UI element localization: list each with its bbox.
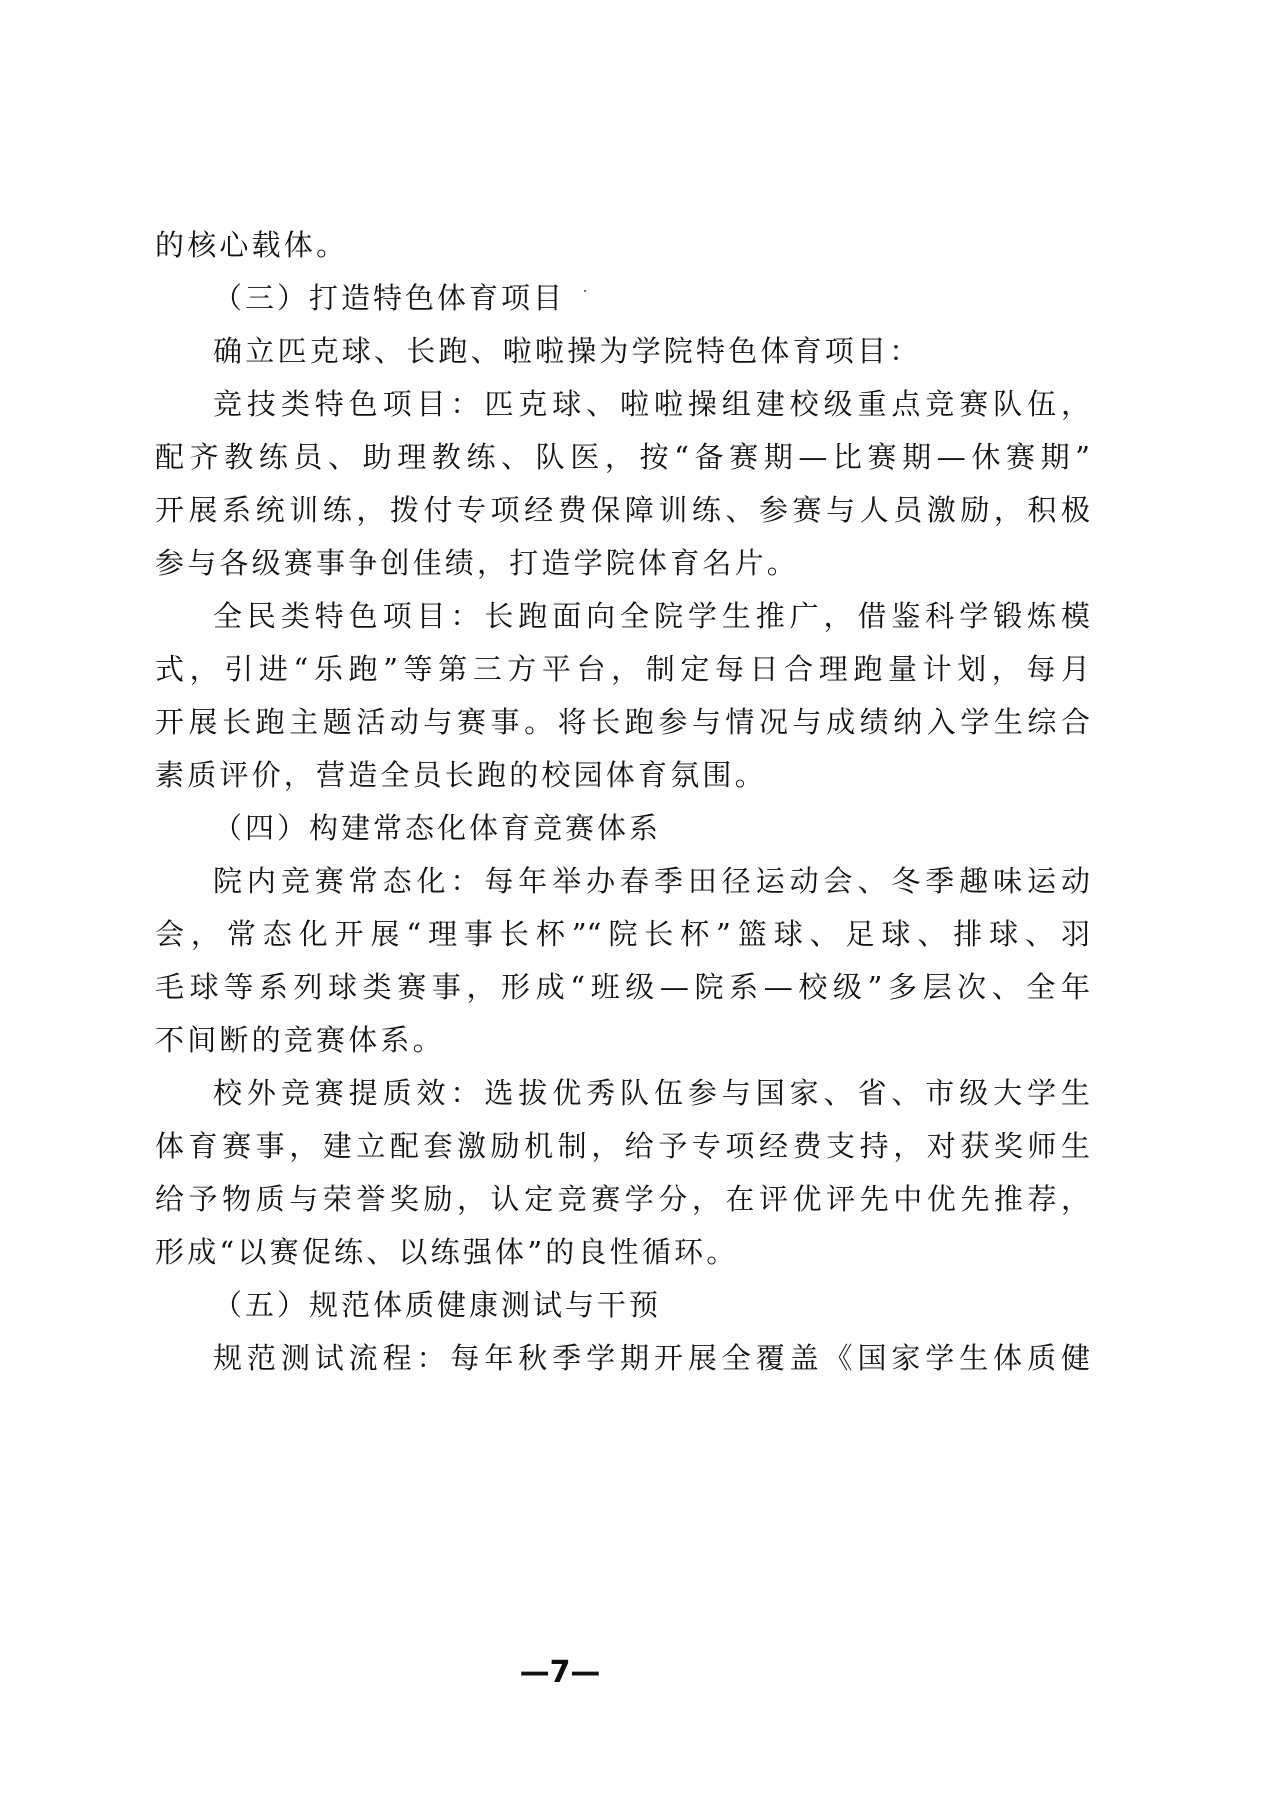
paragraph-line: 竞技类特色项目：匹克球、啦啦操组建校级重点竞赛队伍， bbox=[213, 386, 1090, 422]
paragraph-line: 规范测试流程：每年秋季学期开展全覆盖《国家学生体质健 bbox=[213, 1340, 1090, 1376]
paragraph-line: 会，常态化开展“理事长杯”“院长杯”篮球、足球、排球、羽 bbox=[155, 916, 1090, 952]
paragraph-line: 开展系统训练，拨付专项经费保障训练、参赛与人员激励，积极 bbox=[155, 492, 1090, 528]
page-number: —7— bbox=[0, 1655, 1120, 1691]
section-heading-4: （四）构建常态化体育竞赛体系 bbox=[213, 810, 1148, 846]
document-page: 的核心载体。 （三）打造特色体育项目 确立匹克球、长跑、啦啦操为学院特色体育项目… bbox=[0, 0, 1280, 1811]
paragraph-line: 全民类特色项目：长跑面向全院学生推广，借鉴科学锻炼模 bbox=[213, 598, 1090, 634]
paragraph-line: 形成“以赛促练、以练强体”的良性循环。 bbox=[155, 1234, 1090, 1270]
paragraph-line: 配齐教练员、助理教练、队医，按“备赛期—比赛期—休赛期” bbox=[155, 439, 1090, 475]
paragraph-line: 毛球等系列球类赛事，形成“班级—院系—校级”多层次、全年 bbox=[155, 969, 1090, 1005]
paragraph-line: 校外竞赛提质效：选拔优秀队伍参与国家、省、市级大学生 bbox=[213, 1075, 1090, 1111]
paragraph-tail: 的核心载体。 bbox=[155, 227, 1090, 263]
section-heading-3: （三）打造特色体育项目 bbox=[213, 280, 1148, 316]
paragraph-line: 参与各级赛事争创佳绩，打造学院体育名片。 bbox=[155, 545, 1090, 581]
paragraph-line: 开展长跑主题活动与赛事。将长跑参与情况与成绩纳入学生综合 bbox=[155, 704, 1090, 740]
paragraph-line: 确立匹克球、长跑、啦啦操为学院特色体育项目： bbox=[213, 333, 1090, 369]
paragraph-line: 体育赛事，建立配套激励机制，给予专项经费支持，对获奖师生 bbox=[155, 1128, 1090, 1164]
paragraph-line: 不间断的竞赛体系。 bbox=[155, 1022, 1090, 1058]
paragraph-line: 给予物质与荣誉奖励，认定竞赛学分，在评优评先中优先推荐， bbox=[155, 1181, 1090, 1217]
paragraph-line: 素质评价，营造全员长跑的校园体育氛围。 bbox=[155, 757, 1090, 793]
paragraph-line: 式，引进“乐跑”等第三方平台，制定每日合理跑量计划，每月 bbox=[155, 651, 1090, 687]
section-heading-5: （五）规范体质健康测试与干预 bbox=[213, 1287, 1148, 1323]
paragraph-line: 院内竞赛常态化：每年举办春季田径运动会、冬季趣味运动 bbox=[213, 863, 1090, 899]
